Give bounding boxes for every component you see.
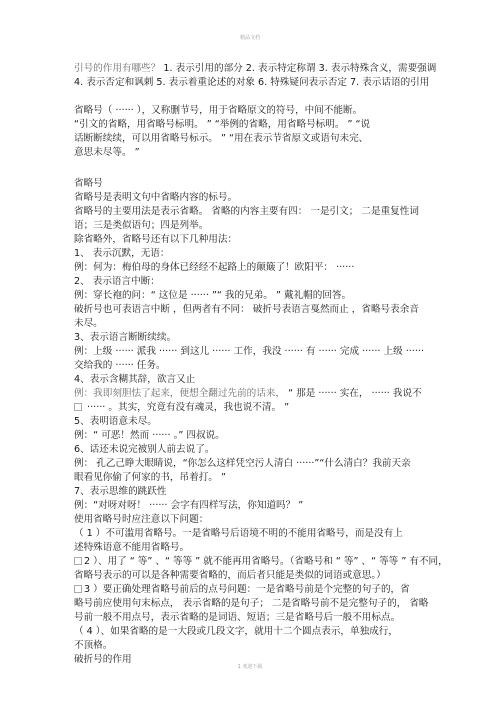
section-title: 省略号 [74, 177, 454, 191]
missing-glyph-icon [74, 585, 82, 593]
paragraph-line: 号前一般不用点号，表示省略的是词语、短语；三是省略号后一般不用标点。 [74, 611, 454, 625]
ellipsis-def-2: “引文的省略，用省略号标明。 ” “举例的省略，用省略号标明。 ” “说 [74, 118, 454, 132]
ellipsis-def-3: 话断断续续，可以用省略号标示。 ” “用在表示节省原文或语句未完、 [74, 132, 454, 146]
paragraph-line: 4、表示含糊其辞，欲言又止 [74, 373, 454, 387]
intro-items-1: 1. 表示引用的部分 2. 表示特定称谓 3. 表示特殊含义，需要强调 [160, 63, 436, 74]
note-2-line-1: 2 ）、用了 “ 等” 、“ 等等 ” 就不能再用省略号。（省略号和 “ 等” … [74, 555, 454, 569]
paragraph-line: （ 1 ）不可滥用省略号。一是省略号后语境不明的不能用省略号，而是没有上 [74, 527, 454, 541]
paragraph-line: 6、话还未说完被别人前去说了。 [74, 443, 454, 457]
paragraph-line: 未尽。 [74, 317, 454, 331]
example-4-quote: “ 那是 ······ 实在， ······ 我说不 [285, 388, 422, 399]
example-4-gray: 例：我即刻胆怯了起来，便想全翻过先前的话来， [74, 388, 285, 399]
intro-line-1: 引号的作用有哪些？ 1. 表示引用的部分 2. 表示特定称谓 3. 表示特殊含义… [74, 62, 454, 76]
document-body: 引号的作用有哪些？ 1. 表示引用的部分 2. 表示特定称谓 3. 表示特殊含义… [74, 62, 454, 667]
page-number: 1 [238, 664, 241, 670]
paragraph-line: 例：“ 可恶！然而 ······ 。” 四叔说。 [74, 429, 454, 443]
paragraph-line: 省略号是表明文句中省略内容的标号。 [74, 191, 454, 205]
paragraph-line: 眼看见你偷了何家的书，吊着打。 ” [74, 471, 454, 485]
paragraph-line: 例：穿长袍的问：“ 这位是 ······ ”“ 我的兄弟。 ” 戴礼帽的回答。 [74, 289, 454, 303]
ellipsis-def-4: 意思未尽等。 ” [74, 146, 454, 160]
footer-text: 欢迎下载 [242, 664, 262, 670]
paragraph-line: 交给我的 ······ 任务。 [74, 359, 454, 373]
paragraph-line: 2、 表示语言中断： [74, 275, 454, 289]
paragraph-line: 除省略外，省略号还有以下几种用法： [74, 233, 454, 247]
paragraph-line: 例：上级 ······ 派我 ······ 到这儿 ······ 工作，我没 ·… [74, 345, 454, 359]
paragraph-line: 述特殊语意不能用省略号。 [74, 541, 454, 555]
paragraph-line: 语；三是类似语句；四是列举。 [74, 219, 454, 233]
paragraph-line: 略号前应使用句末标点， 表示省略的是句子； 二是省略号前不是完整句子的， 省略 [74, 597, 454, 611]
example-4-line: 例：我即刻胆怯了起来，便想全翻过先前的话来， “ 那是 ······ 实在， ·… [74, 387, 454, 401]
example-4-continued: ······ 。其实，究竟有没有魂灵，我也说不清。 ” [74, 401, 454, 415]
paragraph-line: 例： 孔乙己睁大眼睛说，“你怎么这样凭空污人清白 ······”“什么清白？我前… [74, 457, 454, 471]
paragraph-line: 1、 表示沉默，无语： [74, 247, 454, 261]
paragraph-line: 5、表明语意未尽。 [74, 415, 454, 429]
intro-question: 引号的作用有哪些？ [74, 63, 160, 74]
ellipsis-def-1: 省略号（ ······ ），又称删节号，用于省略原文的符号，中间不能断。 [74, 104, 454, 118]
paragraph-line: （ 4 ）、如果省略的是一大段或几段文字，就用十二个圆点表示，单独成行， [74, 625, 454, 639]
intro-line-2: 4. 表示否定和讽刺 5. 表示着重论述的对象 6. 特殊疑问表示否定 7. 表… [74, 76, 454, 90]
paragraph-line: 不顶格。 [74, 639, 454, 653]
paragraph-line: 3、表示语言断断续续。 [74, 331, 454, 345]
paragraph-line: 例：何为：梅伯母的身体已经经不起路上的颠簸了！欧阳平： ······ [74, 261, 454, 275]
missing-glyph-icon [74, 557, 82, 565]
paragraph-line: 7、表示思维的跳跃性 [74, 485, 454, 499]
paragraph-line: 省略号的主要用法是表示省略。 省略的内容主要有四： 一是引文； 二是重复性词 [74, 205, 454, 219]
note-3-line-1: 3 ）要正确处理省略号前后的点号问题：一是省略号前是个完整的句子的，省 [74, 583, 454, 597]
paragraph-line: 使用省略号时应注意以下问题： [74, 513, 454, 527]
paragraph-line: 例：“对呀对呀！ ······ 会字有四样写法，你知道吗？ ” [74, 499, 454, 513]
missing-glyph-icon [74, 403, 82, 411]
note-2-line-2: 省略号表示的可以是各种需要省略的，而后者只能是类似的词语或意思。） [74, 569, 454, 583]
paragraph-line: 破折号也可表语言中断 ，但两者有不同： 破折号表语言戛然而止 ，省略号表余音 [74, 303, 454, 317]
page-header: 精品文档 [0, 34, 500, 41]
page-footer: 1 欢迎下载 [0, 663, 500, 670]
